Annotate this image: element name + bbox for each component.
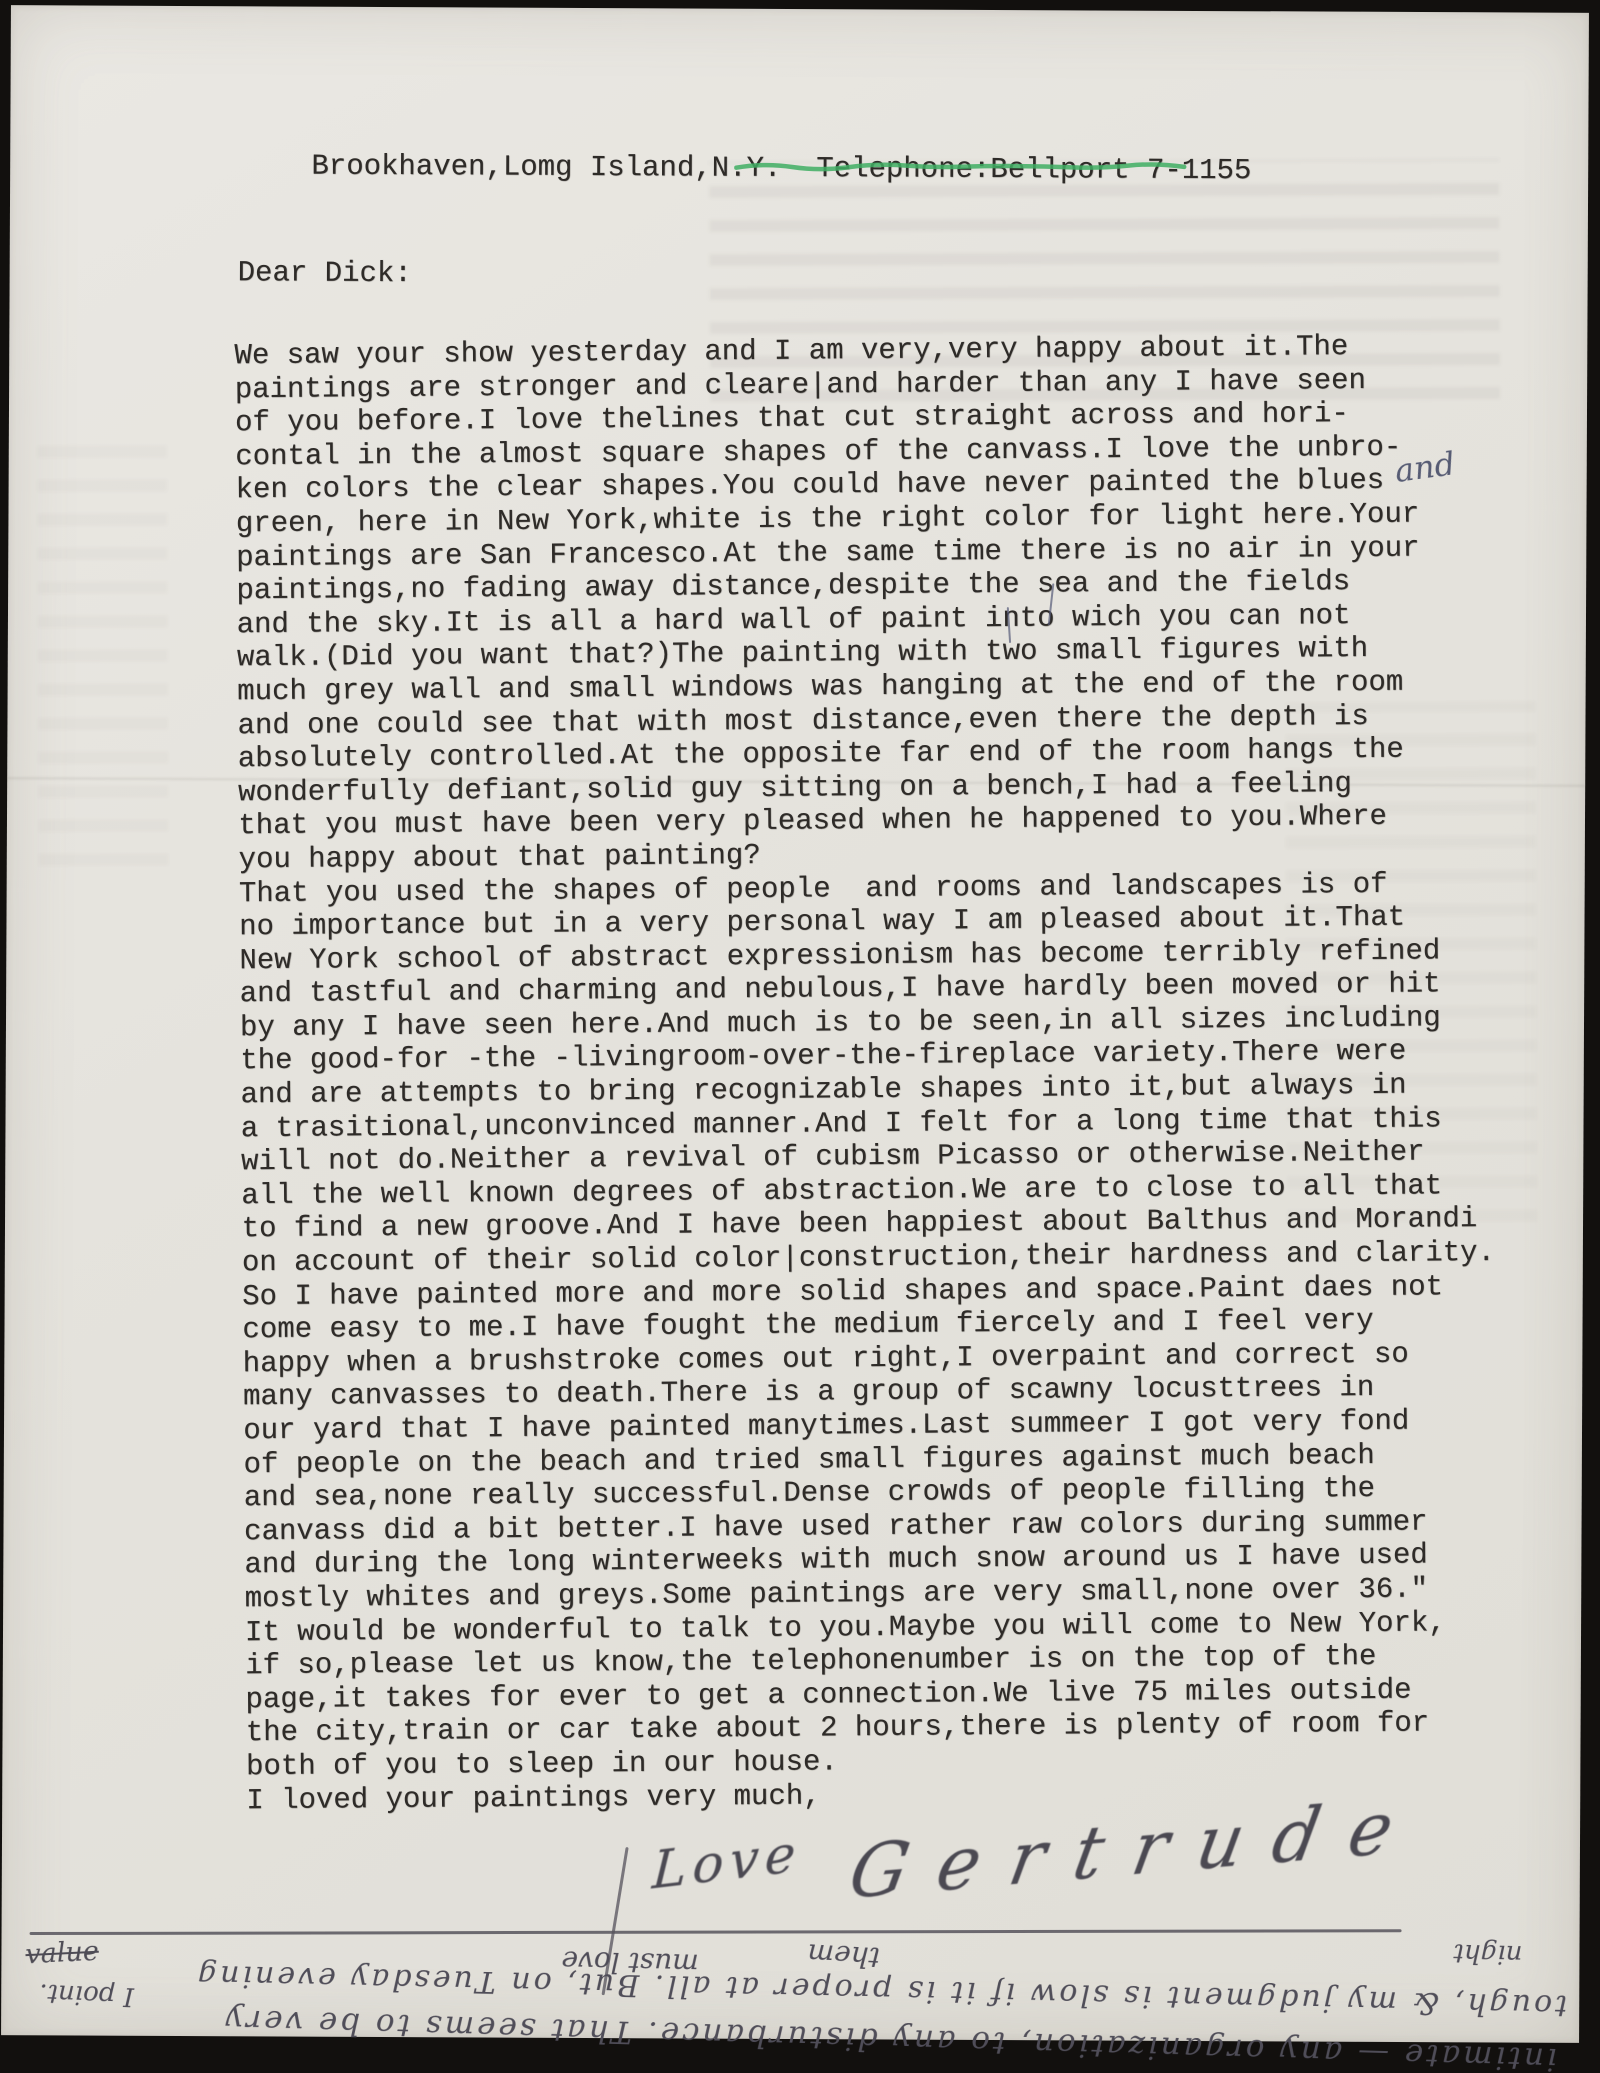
handwritten-insert-and: and (1392, 444, 1457, 490)
scanned-letter: Brookhaven,Lomg Island,N.Y.Telephone:Bel… (0, 0, 1600, 2073)
green-marker-underline (734, 159, 1190, 177)
upside-down-fragment: them (807, 1937, 881, 1974)
bleed-through-ghost (37, 435, 169, 865)
header-location: Brookhaven,Lomg Island,N.Y. (311, 150, 781, 185)
upside-down-fragment: I point. (39, 1978, 135, 2012)
letter-body: We saw your show yesterday and I am very… (234, 329, 1499, 1817)
letter-paper: Brookhaven,Lomg Island,N.Y.Telephone:Bel… (1, 5, 1589, 2043)
signature-love: Love (651, 1823, 803, 1901)
pencil-rule (30, 1929, 1402, 1935)
letter-content: Brookhaven,Lomg Island,N.Y.Telephone:Bel… (1, 5, 1589, 2043)
upside-down-fragment: night (1453, 1938, 1523, 1970)
salutation: Dear Dick: (238, 256, 412, 290)
upside-down-fragment: must love (561, 1945, 699, 1981)
